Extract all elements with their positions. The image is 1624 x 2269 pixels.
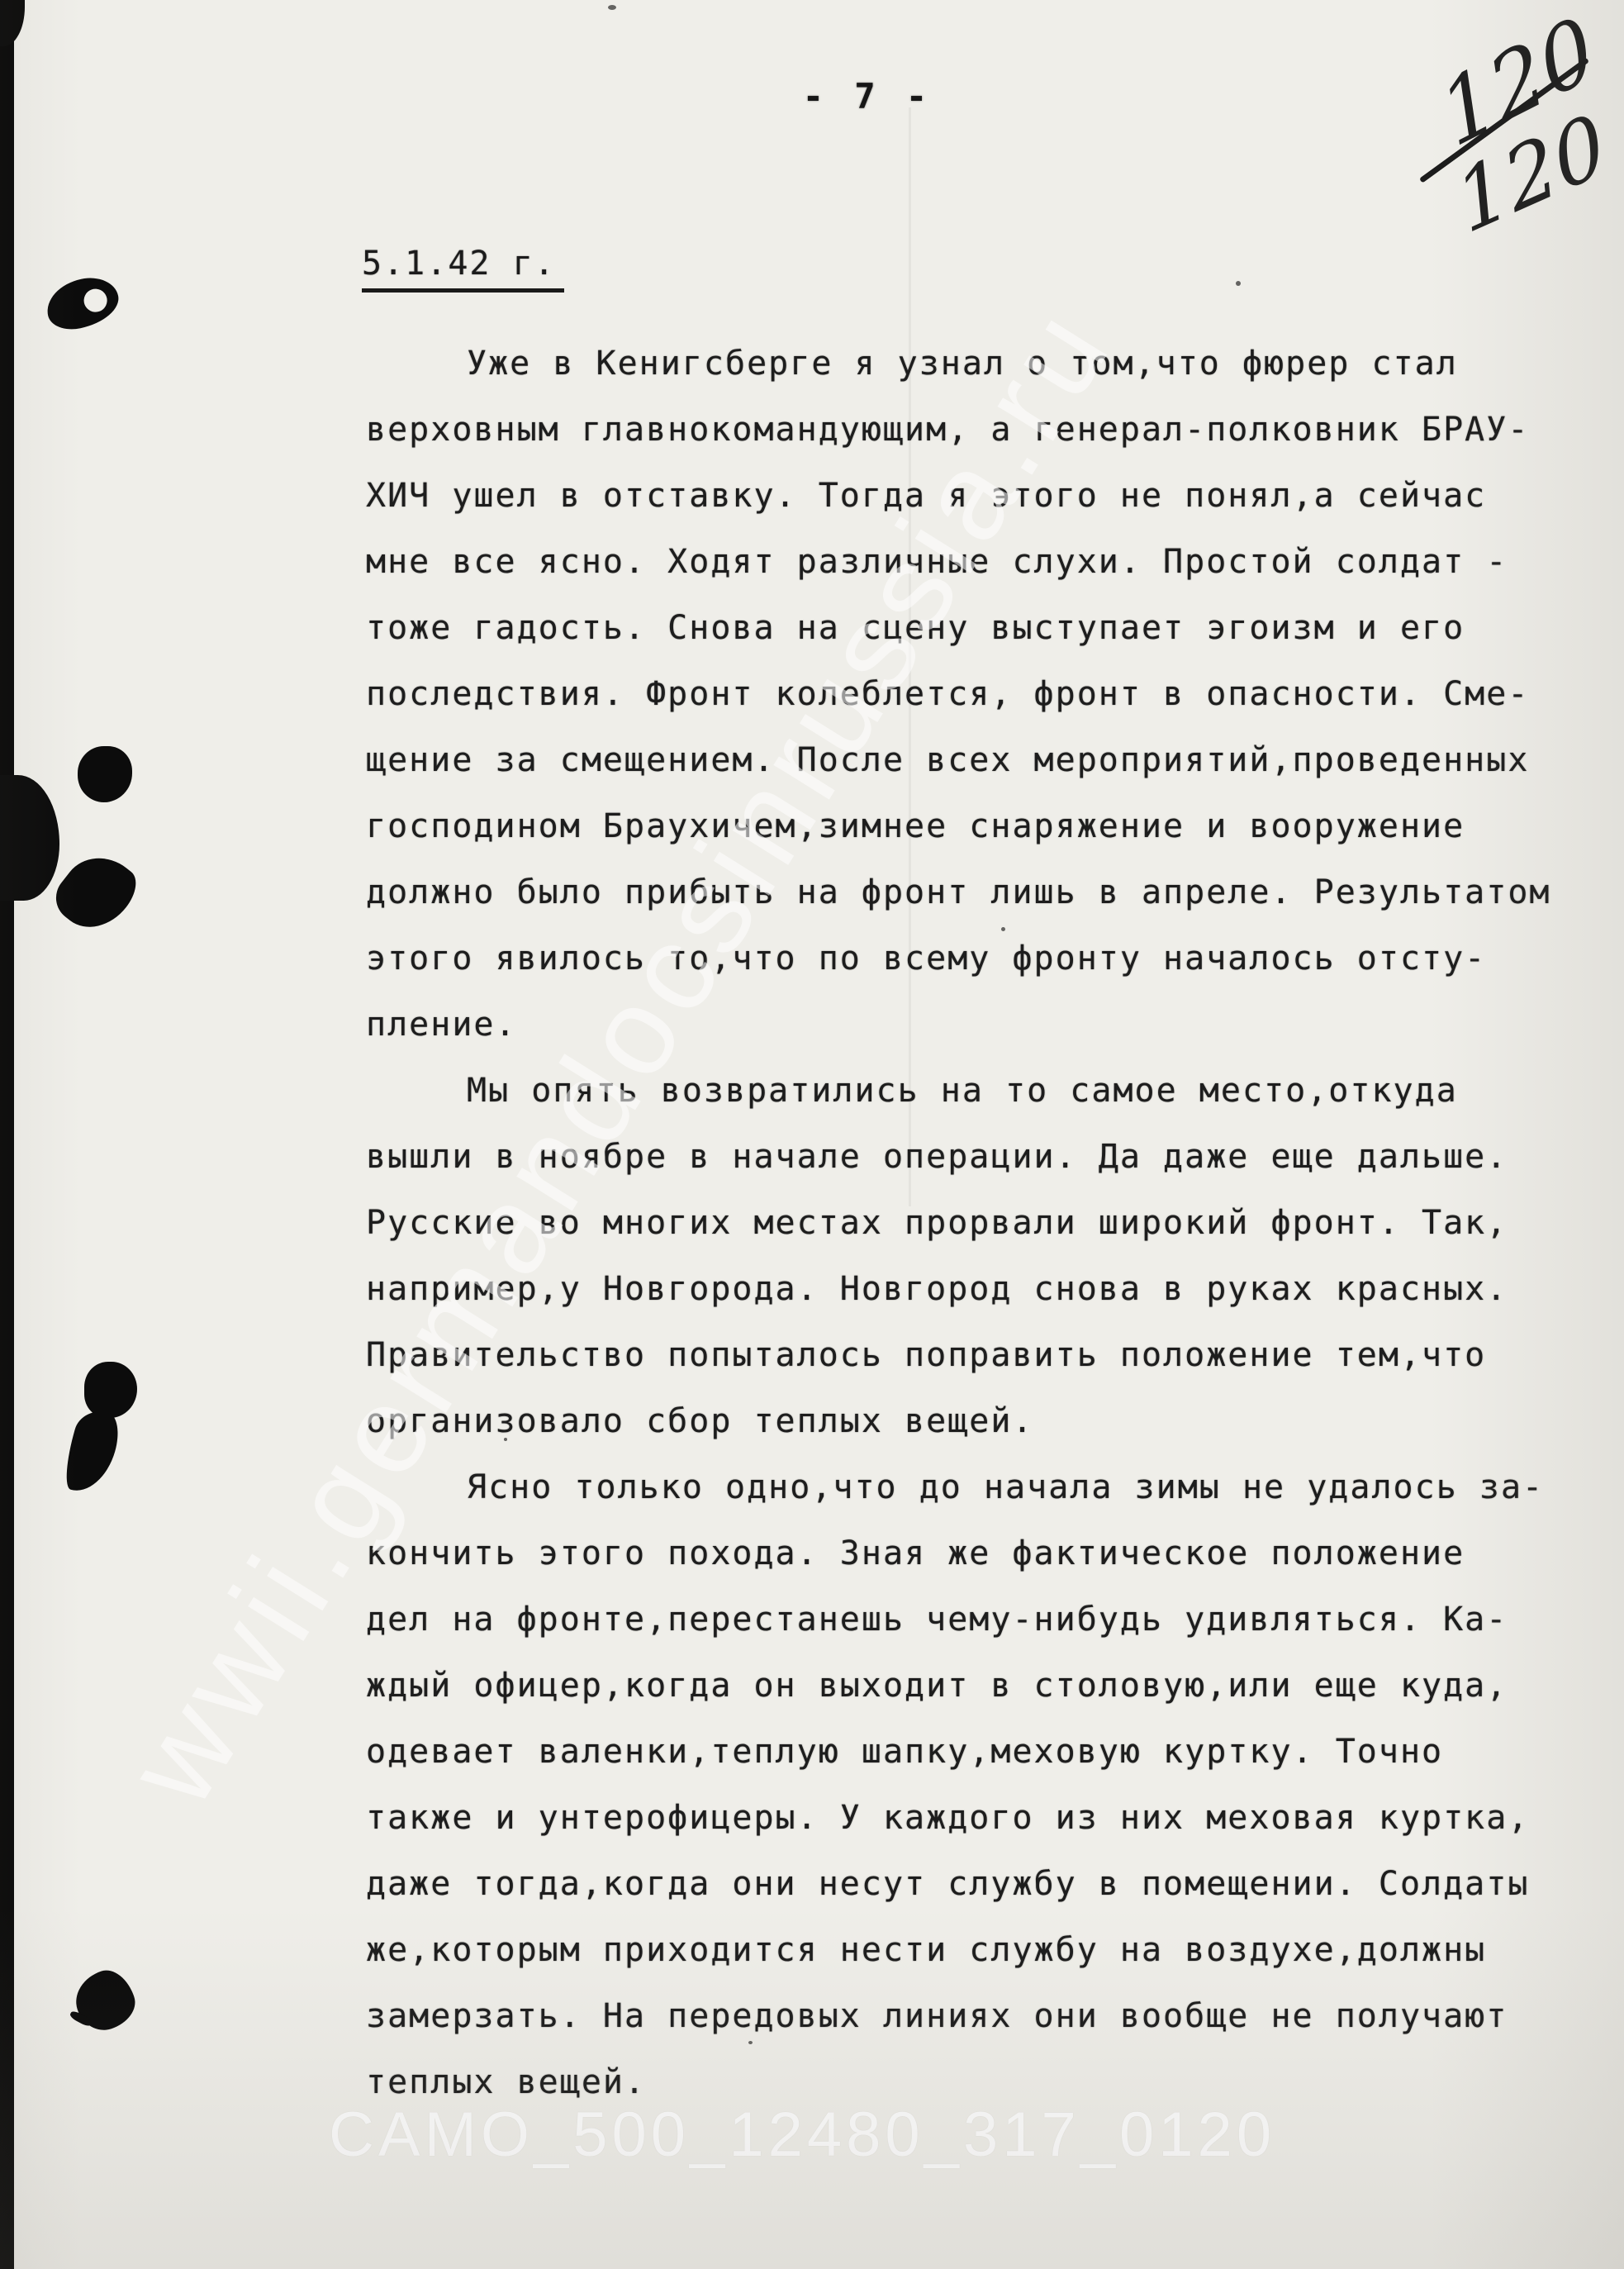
typed-line: должно было прибыть на фронт лишь в апре… [366, 859, 1605, 925]
paragraph: Ясно только одно,что до начала зимы не у… [366, 1454, 1605, 2115]
typed-line: Правительство попыталось поправить полож… [366, 1322, 1605, 1388]
typed-line: вышли в ноябре в начале операции. Да даж… [366, 1124, 1605, 1190]
typed-line: же,которым приходится нести службу на во… [366, 1917, 1605, 1983]
paper-speck [1001, 927, 1005, 931]
typed-text-block: Уже в Кенигсберге я узнал о том,что фюре… [366, 331, 1605, 2115]
typed-line: замерзать. На передовых линиях они вообщ… [366, 1983, 1605, 2049]
typed-line: тоже гадость. Снова на сцену выступает э… [366, 595, 1605, 661]
ink-blot-corner [0, 0, 25, 46]
typed-line: пление. [366, 992, 1605, 1058]
ink-blot [42, 272, 123, 334]
typed-line: организовало сбор теплых вещей. [366, 1388, 1605, 1454]
typed-line: этого явилось то,что по всему фронту нач… [366, 925, 1605, 992]
ink-blot [59, 1406, 125, 1499]
typed-line: одевает валенки,теплую шапку,меховую кур… [366, 1719, 1605, 1785]
typed-line: последствия. Фронт колеблется, фронт в о… [366, 661, 1605, 727]
typed-line: ждый офицер,когда он выходит в столовую,… [366, 1653, 1605, 1719]
paper-speck [608, 5, 616, 10]
paragraph: Мы опять возвратились на то самое место,… [366, 1058, 1605, 1454]
paper-speck [504, 1438, 507, 1441]
typed-line: верховным главнокомандующим, а генерал-п… [366, 397, 1605, 463]
paper-speck [1236, 281, 1241, 286]
ink-blot [78, 746, 132, 802]
scanned-document-page: - 7 - 120 120 5.1.42 г. Уже в Кенигсберг… [0, 0, 1624, 2269]
ink-blot [0, 775, 59, 901]
ink-blot-hole [80, 285, 112, 316]
ink-blot [69, 1964, 141, 2037]
date-heading: 5.1.42 г. [362, 245, 564, 293]
typed-line: Русские во многих местах прорвали широки… [366, 1190, 1605, 1256]
ink-blot [46, 842, 145, 943]
typed-line: господином Браухичем,зимнее снаряжение и… [366, 793, 1605, 859]
typed-line: даже тогда,когда они несут службу в поме… [366, 1851, 1605, 1917]
typed-line: например,у Новгорода. Новгород снова в р… [366, 1256, 1605, 1322]
typed-line: Ясно только одно,что до начала зимы не у… [366, 1454, 1605, 1520]
ink-blot [84, 1362, 137, 1418]
typed-line: дел на фронте,перестанешь чему-нибудь уд… [366, 1586, 1605, 1653]
paper-speck [748, 2041, 753, 2044]
typed-line: теплых вещей. [366, 2049, 1605, 2115]
page-number: - 7 - [776, 76, 958, 117]
paragraph: Уже в Кенигсберге я узнал о том,что фюре… [366, 331, 1605, 1058]
typed-line: щение за смещением. После всех мероприят… [366, 727, 1605, 793]
typed-line: Уже в Кенигсберге я узнал о том,что фюре… [366, 331, 1605, 397]
typed-line: также и унтерофицеры. У каждого из них м… [366, 1785, 1605, 1851]
typed-line: Мы опять возвратились на то самое место,… [366, 1058, 1605, 1124]
scan-edge-strip [0, 0, 14, 2269]
typed-line: ХИЧ ушел в отставку. Тогда я этого не по… [366, 463, 1605, 529]
typed-line: мне все ясно. Ходят различные слухи. Про… [366, 529, 1605, 595]
typed-line: кончить этого похода. Зная же фактическо… [366, 1520, 1605, 1586]
